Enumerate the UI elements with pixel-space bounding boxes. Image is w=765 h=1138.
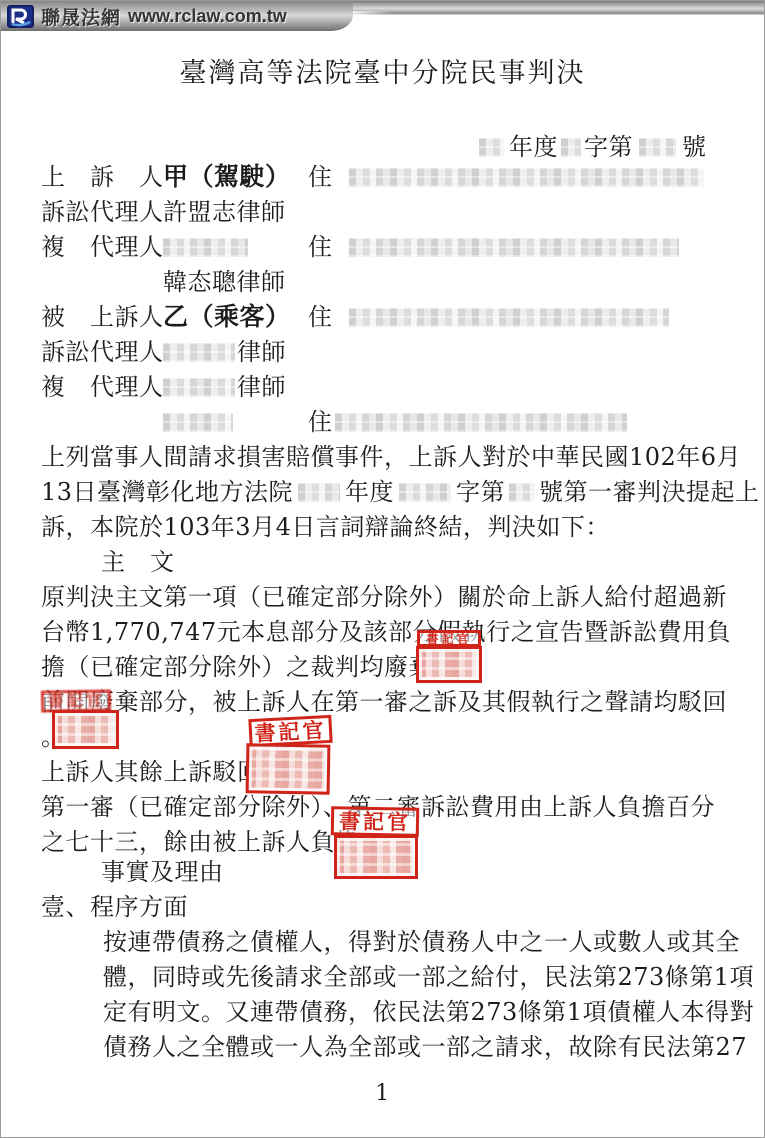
main-text-line-4: 前開廢棄部分，被上訴人在第一審之訴及其假執行之聲請均駁回 — [41, 687, 727, 717]
redacted-case-year — [479, 138, 504, 157]
redacted-case-no — [639, 138, 676, 157]
party-label: 複 代理人 — [41, 232, 163, 262]
redacted-address — [349, 168, 704, 187]
redacted-year — [298, 483, 340, 502]
case-year-label: 年度 — [509, 133, 558, 161]
redacted-address — [349, 308, 669, 327]
intro-line-2c: 字第 — [456, 478, 505, 506]
redacted-name — [163, 238, 248, 257]
appellant-name: 甲（駕駛） — [163, 162, 308, 192]
intro-line-2: 13日臺灣彰化地方法院年度字第號第一審判決提起上 — [41, 477, 760, 507]
party-row-extra: 住 — [41, 407, 627, 437]
main-text-line-1: 原判決主文第一項（已確定部分除外）關於命上訴人給付超過新 — [41, 582, 727, 612]
addr-label: 住 — [308, 303, 333, 331]
lawyer-suffix: 律師 — [237, 373, 286, 401]
intro-line-2d: 號第一審判決提起上 — [539, 478, 760, 506]
main-text-line-2: 台幣1,770,747元本息部分及該部分假執行之宣告暨訴訟費用負 — [41, 617, 731, 647]
party-label: 複 代理人 — [41, 372, 163, 402]
party-row-counsel3: 訴訟代理人律師 — [41, 337, 286, 367]
banner-main: 聯晟法網 www.rclaw.com.tw — [1, 1, 353, 31]
brand-url[interactable]: www.rclaw.com.tw — [128, 6, 287, 27]
rclaw-logo-icon — [7, 5, 34, 28]
counsel-name: 韓态聰律師 — [163, 268, 286, 296]
brand-name: 聯晟法網 — [41, 3, 121, 30]
facts-heading: 事實及理由 — [101, 857, 224, 887]
redacted-name — [163, 378, 235, 397]
intro-line-2a: 13日臺灣彰化地方法院 — [41, 478, 293, 506]
redacted-address — [349, 238, 679, 257]
redacted-name — [163, 413, 233, 432]
clerk-stamp-redacted-name — [52, 710, 119, 749]
lawyer-suffix: 律師 — [237, 338, 286, 366]
main-text-line-6: 上訴人其餘上訴駁回 — [41, 757, 262, 787]
clerk-stamp-redacted-name — [416, 646, 482, 683]
intro-line-2b: 年度 — [345, 478, 394, 506]
party-row-appellant: 上 訴 人甲（駕駛）住 — [41, 162, 704, 192]
party-label: 上 訴 人 — [41, 162, 163, 192]
redacted-number — [509, 483, 535, 502]
facts-section-1: 壹、程序方面 — [41, 892, 188, 922]
addr-label: 住 — [308, 408, 333, 436]
facts-line-4: 債務人之全體或一人為全部或一部之請求，故除有民法第27 — [103, 1032, 747, 1062]
facts-line-3: 定有明文。又連帶債務，依民法第273條第1項債權人本得對 — [103, 997, 754, 1027]
appellee-name: 乙（乘客） — [163, 302, 308, 332]
main-text-line-3: 擔（已確定部分除外）之裁判均廢棄 — [41, 652, 433, 682]
case-word-label: 字第 — [584, 133, 633, 161]
case-number-line: 年度字第號 — [479, 132, 707, 162]
page-number: 1 — [1, 1079, 764, 1109]
main-text-heading: 主 文 — [101, 547, 175, 577]
party-row-counsel: 訴訟代理人許盟志律師 — [41, 197, 286, 227]
party-row-appellee: 被 上訴人乙（乘客）住 — [41, 302, 669, 332]
facts-line-2: 體，同時或先後請求全部或一部之給付，民法第273條第1項 — [103, 962, 754, 992]
redacted-case-word — [561, 138, 581, 157]
redacted-address — [335, 413, 627, 432]
intro-line-3: 訴，本院於103年3月4日言詞辯論終結，判決如下： — [41, 512, 610, 542]
addr-label: 住 — [308, 233, 333, 261]
intro-line-1: 上列當事人間請求損害賠償事件，上訴人對於中華民國102年6月 — [41, 442, 741, 472]
redacted-name — [163, 343, 235, 362]
clerk-stamp-redacted-name — [246, 743, 331, 794]
party-row-subcounsel: 複 代理人住 — [41, 232, 679, 262]
facts-line-1: 按連帶債務之債權人，得對於債務人中之一人或數人或其全 — [103, 927, 740, 957]
party-label: 被 上訴人 — [41, 302, 163, 332]
clerk-stamp-title: 書記官 — [331, 806, 419, 837]
party-label: 訴訟代理人 — [41, 197, 163, 227]
judgment-title: 臺灣高等法院臺中分院民事判決 — [1, 59, 764, 89]
clerk-stamp-redacted-name — [334, 835, 418, 879]
site-banner: 聯晟法網 www.rclaw.com.tw — [1, 1, 764, 31]
party-row-counsel2: 韓态聰律師 — [41, 267, 286, 297]
clerk-stamp-title: 書記官 — [248, 715, 332, 747]
party-row-subcounsel2: 複 代理人律師 — [41, 372, 286, 402]
party-label: 訴訟代理人 — [41, 337, 163, 367]
addr-label: 住 — [308, 163, 333, 191]
clerk-stamp-title: 書記官 — [417, 630, 481, 647]
counsel-name: 許盟志律師 — [163, 198, 286, 226]
case-no-label: 號 — [682, 133, 707, 161]
court-judgment-page: 聯晟法網 www.rclaw.com.tw 臺灣高等法院臺中分院民事判決 年度字… — [0, 0, 765, 1138]
redacted-word — [399, 483, 451, 502]
